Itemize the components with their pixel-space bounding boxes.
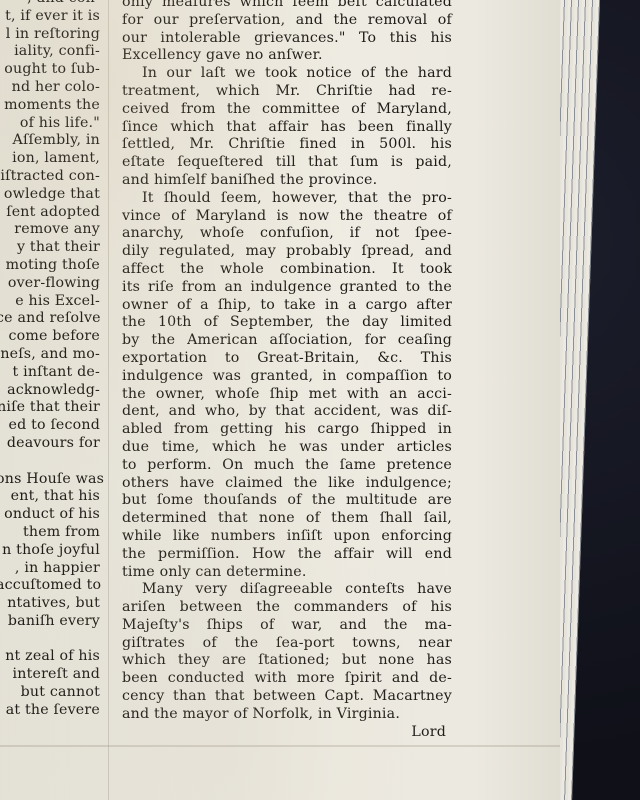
text-line: nd her colo-: [0, 79, 100, 97]
text-line: Majeſty's ſhips of war, and the ma-: [122, 617, 452, 635]
text-line: nt zeal of his: [0, 648, 100, 666]
text-line: owner of a ſhip, to take in a cargo afte…: [122, 297, 452, 315]
text-line: baniſh every: [0, 613, 100, 631]
text-line: ons Houſe was: [0, 471, 100, 489]
text-line: time only can determine.: [122, 564, 452, 582]
text-line: onduct of his: [0, 506, 100, 524]
text-line: niſe that their: [0, 399, 100, 417]
text-line: t, if ever it is: [0, 8, 100, 26]
text-line: moting thoſe: [0, 257, 100, 275]
paragraph-gap: [0, 453, 100, 471]
text-line: and himſelf baniſhed the province.: [122, 172, 452, 190]
text-line: treatment, which Mr. Chriſtie had re-: [122, 83, 452, 101]
text-line: while like numbers inſiſt upon enforcing: [122, 528, 452, 546]
text-line: but ſome thouſands of the multitude are: [122, 492, 452, 510]
text-line: over-flowing: [0, 275, 100, 293]
text-line: ; and con-: [0, 0, 100, 8]
text-line: them from: [0, 524, 100, 542]
paragraph: It ſhould ſeem, however, that the pro-vi…: [122, 190, 452, 582]
text-line: cency than that between Capt. Macartney: [122, 688, 452, 706]
text-line: accuſtomed to: [0, 577, 100, 595]
text-line: , in happier: [0, 560, 100, 578]
text-line: at the ſevere: [0, 702, 100, 720]
left-column: ; and con-t, if ever it isl in reſtoring…: [0, 0, 100, 720]
newspaper-page: ; and con-t, if ever it isl in reſtoring…: [0, 0, 560, 800]
text-line: but cannot: [0, 684, 100, 702]
column-rule: [108, 0, 109, 800]
text-line: moments the: [0, 97, 100, 115]
text-line: which they are ſtationed; but none has: [122, 652, 452, 670]
text-line: our intolerable grievances." To this his: [122, 30, 452, 48]
paragraph: Many very diſagreeable conteſts haveariſ…: [122, 581, 452, 723]
text-line: iſtracted con-: [0, 168, 100, 186]
text-line: In our laſt we took notice of the hard: [122, 65, 452, 83]
paragraph: only meaſures which ſeem beſt calculated…: [122, 0, 452, 65]
text-line: l in reſtoring: [0, 26, 100, 44]
text-line: been conducted with more ſpirit and de-: [122, 670, 452, 688]
text-line: by the American aſſociation, for ceaſing: [122, 332, 452, 350]
text-line: only meaſures which ſeem beſt calculated: [122, 0, 452, 12]
text-line: n thoſe joyful: [0, 542, 100, 560]
text-line: its riſe from an indulgence granted to t…: [122, 279, 452, 297]
text-line: remove any: [0, 221, 100, 239]
text-line: exportation to Great-Britain, &c. This: [122, 350, 452, 368]
page-fold-line: [0, 745, 560, 747]
text-line: ariſen between the commanders of his: [122, 599, 452, 617]
text-line: to perform. On much the ſame pretence: [122, 457, 452, 475]
text-line: dent, and who, by that accident, was diſ…: [122, 403, 452, 421]
text-line: others have claimed the like indulgence;: [122, 475, 452, 493]
text-line: intereſt and: [0, 666, 100, 684]
text-line: ſettled, Mr. Chriſtie fined in 500l. his: [122, 136, 452, 154]
right-column: only meaſures which ſeem beſt calculated…: [122, 0, 452, 741]
text-line: dily regulated, may probably ſpread, and: [122, 243, 452, 261]
text-line: neſs, and mo-: [0, 346, 100, 364]
text-line: giſtrates of the ſea-port towns, near: [122, 635, 452, 653]
text-line: vince of Maryland is now the theatre of: [122, 208, 452, 226]
text-line: ought to ſub-: [0, 61, 100, 79]
text-line: abled from getting his cargo ſhipped in: [122, 421, 452, 439]
text-line: of his life.": [0, 115, 100, 133]
text-line: ent, that his: [0, 488, 100, 506]
text-line: Many very diſagreeable conteſts have: [122, 581, 452, 599]
text-line: the owner, whoſe ſhip met with an acci-: [122, 386, 452, 404]
text-line: deavours for: [0, 435, 100, 453]
text-line: y that their: [0, 239, 100, 257]
text-line: ntatives, but: [0, 595, 100, 613]
text-line: ce and reſolve: [0, 310, 100, 328]
text-line: the 10th of September, the day limited: [122, 314, 452, 332]
text-line: due time, which he was under articles: [122, 439, 452, 457]
text-line: ſince which that affair has been finally: [122, 119, 452, 137]
text-line: ceived from the committee of Maryland,: [122, 101, 452, 119]
text-line: ſent adopted: [0, 204, 100, 222]
text-line: anarchy, whoſe confuſion, if not ſpee-: [122, 225, 452, 243]
paragraph: In our laſt we took notice of the hardtr…: [122, 65, 452, 190]
text-line: e his Excel-: [0, 293, 100, 311]
text-line: eſtate ſequeſtered till that ſum is paid…: [122, 154, 452, 172]
text-line: acknowledg-: [0, 382, 100, 400]
text-line: owledge that: [0, 186, 100, 204]
text-line: for our preſervation, and the removal of: [122, 12, 452, 30]
text-line: affect the whole combination. It took: [122, 261, 452, 279]
text-line: It ſhould ſeem, however, that the pro-: [122, 190, 452, 208]
text-line: the permiſſion. How the affair will end: [122, 546, 452, 564]
text-line: determined that none of them ſhall ſail,: [122, 510, 452, 528]
paragraph-gap: [0, 631, 100, 649]
text-line: iality, confi-: [0, 43, 100, 61]
text-line: indulgence was granted, in compaſſion to: [122, 368, 452, 386]
text-line: t inſtant de-: [0, 364, 100, 382]
catchword: Lord: [122, 724, 452, 742]
text-line: ed to ſecond: [0, 417, 100, 435]
text-line: and the mayor of Norfolk, in Virginia.: [122, 706, 452, 724]
text-line: Excellency gave no anſwer.: [122, 47, 452, 65]
text-line: ion, lament,: [0, 150, 100, 168]
text-line: Aſſembly, in: [0, 132, 100, 150]
text-line: come before: [0, 328, 100, 346]
